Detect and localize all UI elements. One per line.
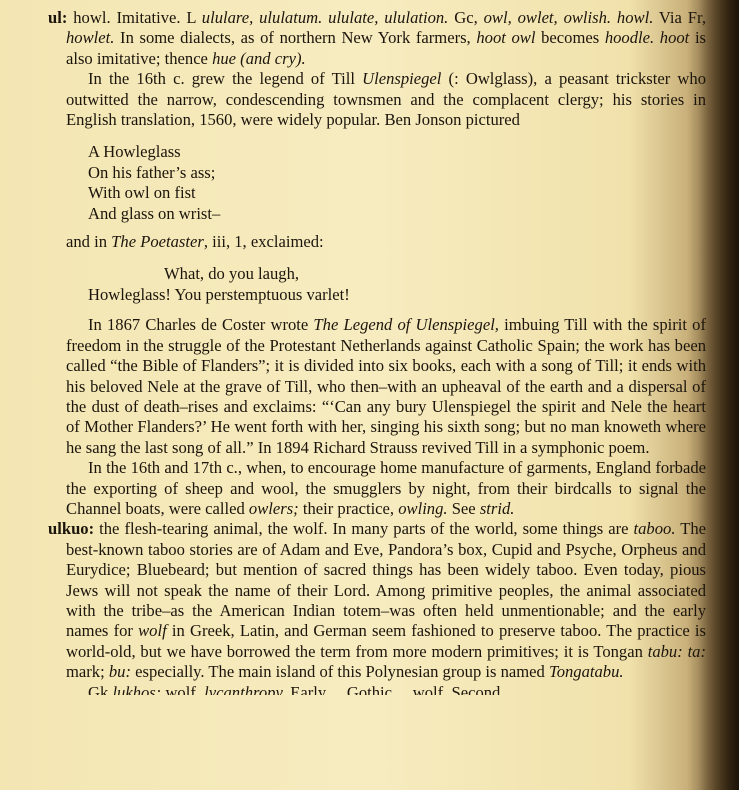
paragraph-cut-off: Gk lukhos: wolf, lycanthropy. Early ... … <box>48 683 706 695</box>
rich-text: the flesh-tearing animal, the wolf. In m… <box>66 519 706 681</box>
verse-quote-1: A Howleglass On his father’s ass; With o… <box>48 142 706 224</box>
headword: ul: <box>48 8 67 27</box>
verse-line: What, do you laugh, <box>88 264 706 284</box>
headword: ulkuo: <box>48 519 94 538</box>
entry-ul: ul: howl. Imitative. L ululare, ululatum… <box>48 8 706 69</box>
verse-line: On his father’s ass; <box>88 163 706 183</box>
paragraph-poetaster: and in The Poetaster, iii, 1, exclaimed: <box>48 232 706 252</box>
verse-line: And glass on wrist– <box>88 204 706 224</box>
paragraph-de-coster: In 1867 Charles de Coster wrote The Lege… <box>48 315 706 458</box>
verse-line: With owl on fist <box>88 183 706 203</box>
dictionary-page: ul: howl. Imitative. L ululare, ululatum… <box>48 8 706 695</box>
entry-ulkuo: ulkuo: the flesh-tearing animal, the wol… <box>48 519 706 682</box>
verse-quote-2: What, do you laugh, Howleglass! You pers… <box>48 264 706 305</box>
paragraph-ulenspiegel: In the 16th c. grew the legend of Till U… <box>48 69 706 130</box>
paragraph-owlers: In the 16th and 17th c., when, to encour… <box>48 458 706 519</box>
verse-line: A Howleglass <box>88 142 706 162</box>
verse-line: Howleglass! You perstemptuous varlet! <box>88 285 706 305</box>
rich-text: howl. Imitative. L ululare, ululatum. ul… <box>66 8 706 68</box>
